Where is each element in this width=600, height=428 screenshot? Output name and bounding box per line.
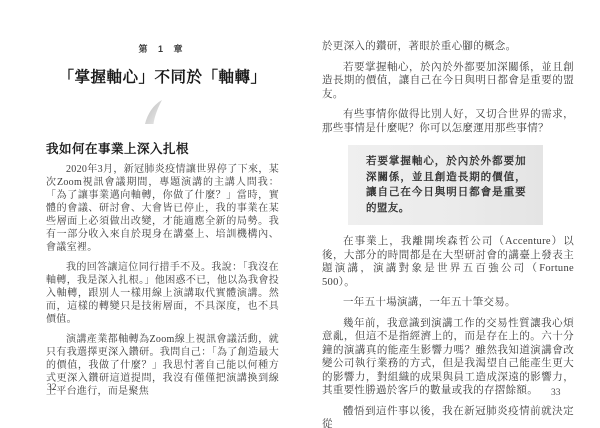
right-paragraph: 若要掌握軸心，於內於外都要加深關係，並且創造長期的價值，讓自己在今日與明日都會是… — [322, 61, 574, 102]
right-page: 於更深入的鑽研，著眼於重心腳的概念。 若要掌握軸心，於內於外都要加深關係，並且創… — [322, 40, 574, 428]
chapter-number: 第 1 章 — [46, 42, 279, 55]
right-paragraph: 在事業上，我離開埃森哲公司（Accenture）以後，大部分的時間都是在大型研討… — [322, 235, 574, 289]
right-paragraph: 有些事情你做得比別人好，又切合世界的需求，那些事情是什麼呢？你可以怎麼運用那些事… — [322, 108, 574, 135]
right-paragraph-continuation: 於更深入的鑽研，著眼於重心腳的概念。 — [322, 40, 574, 54]
right-paragraph: 一年五十場演講，一年五十筆交易。 — [322, 296, 574, 310]
page-number-right: 33 — [551, 388, 561, 398]
left-paragraph: 演講產業都軸轉為Zoom線上視訊會議活動，就只有我選擇更深入鑽研。我問自己：「為… — [46, 333, 279, 398]
left-page: 第 1 章 「掌握軸心」不同於「軸轉」 我如何在事業上深入扎根 2020年3月，… — [46, 42, 279, 398]
chapter-title: 「掌握軸心」不同於「軸轉」 — [46, 65, 279, 87]
book-spread: 第 1 章 「掌握軸心」不同於「軸轉」 我如何在事業上深入扎根 2020年3月，… — [0, 0, 600, 428]
right-paragraph: 體悟到這件事以後，我在新冠肺炎疫情前就決定從 — [322, 405, 574, 428]
page-number-left: 32 — [47, 383, 57, 393]
left-paragraph: 我的回答讓這位同行措手不及。我說：「我沒在軸轉，我是深入扎根。」他困惑不已，他以… — [46, 261, 279, 326]
left-paragraph: 2020年3月，新冠肺炎疫情讓世界停了下來，某次Zoom視訊會議期間，專題演講的… — [46, 163, 279, 254]
feather-icon — [142, 99, 166, 125]
pull-quote-box: 若要掌握軸心，於內於外都要加深關係，並且創造長期的價值，讓自己在今日與明日都會是… — [348, 145, 543, 225]
right-paragraph: 幾年前，我意識到演講工作的交易性質讓我心煩意亂，但這不是指經濟上的，而是存在上的… — [322, 317, 574, 398]
section-heading: 我如何在事業上深入扎根 — [46, 139, 279, 157]
